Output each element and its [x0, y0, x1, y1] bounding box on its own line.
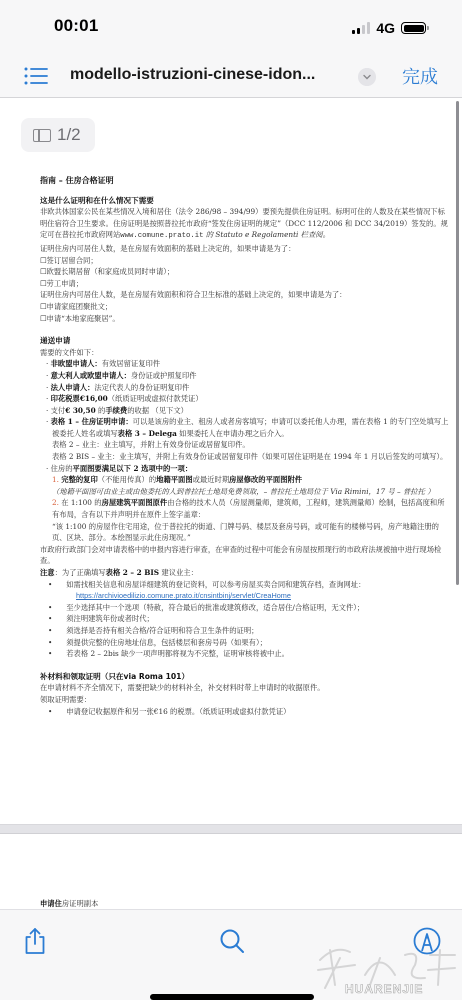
list-item: · 法人申请人：法定代表人的身份证明复印件	[40, 382, 450, 394]
paragraph: 需要的文件如下：	[40, 347, 450, 359]
note-item: • 如需找相关信息和房屋详细建筑的登记资料，可以参考房屋买卖合同和建筑存档，查询…	[40, 579, 450, 591]
checkbox-item: ☐劳工申请；	[40, 278, 450, 290]
done-button[interactable]: 完成	[402, 63, 438, 89]
list-item: · 支付€ 30,50 的手续费的收据 （见下文）	[40, 405, 450, 417]
paragraph: 在申请材料不齐全情况下，需要把缺少的材料补全，补交材料时带上申请时的收据原件。	[40, 682, 450, 694]
section-heading: 递送申请	[40, 335, 450, 347]
thumbnail-sidebar-icon	[33, 129, 51, 142]
note-item: • 须注明建筑年份或者时代；	[40, 613, 450, 625]
note: 注意：为了正确填写表格 2 – 2 BIS 建议业主：	[40, 567, 450, 579]
note-item: • 若表格 2 – 2bis 缺少一项声明都将视为不完整，证明审核将被中止。	[40, 648, 450, 660]
checkbox-item: ☐欧盟长期居留（和家庭成员同时申请）；	[40, 266, 450, 278]
paragraph: 表格 2 – 业主：业主填写，并附上有效身份证或居留复印件。	[40, 439, 450, 451]
checkbox-item: ☐签订居留合同；	[40, 255, 450, 267]
list-item: · 意大利人或欧盟申请人：身份证或护照复印件	[40, 370, 450, 382]
paragraph: 证明住房内可居住人数，是在房屋有效面积和符合卫生标准的基础上决定的，如果申请是为…	[40, 289, 450, 301]
page-separator	[0, 824, 462, 834]
scrollbar[interactable]	[456, 101, 459, 585]
nav-bar: modello-istruzioni-cinese-idon... 完成	[0, 56, 462, 98]
list-item: · 非欧盟申请人：有效居留证复印件	[40, 358, 450, 370]
option-1: 1. 完整的复印（不能用传真）的地籍平面图或最近时期房屋修改的平面图附件	[40, 474, 450, 486]
pdf-page-2-heading: 申请住房证明副本	[40, 899, 98, 909]
watermark-text: HUARENJIE	[345, 982, 423, 996]
checkbox-item: ☐申请家庭团聚批文；	[40, 301, 450, 313]
document-title: modello-istruzioni-cinese-idon...	[70, 66, 315, 84]
list-icon[interactable]	[24, 66, 48, 86]
archive-link[interactable]: https://archivioedilizio.comune.prato.it…	[40, 590, 450, 602]
note-item: • 须选择是否持有相关合格/符合证明和符合卫生条件的证明；	[40, 625, 450, 637]
paragraph: 市政府行政部门会对申请表格中的申报内容进行审查，在审查的过程中可能会有房屋按照现…	[40, 544, 450, 567]
status-time: 00:01	[54, 16, 98, 36]
search-icon[interactable]	[217, 926, 247, 956]
doc-title: 指南 – 住房合格证明	[40, 175, 450, 187]
list-item: • 申请登记收据原件和另一张€16 的税票。（纸质证明或虚拟付款凭证）	[40, 706, 450, 718]
section-heading: 这是什么证明和在什么情况下需要	[40, 195, 450, 207]
share-icon[interactable]	[20, 926, 50, 956]
paragraph: 证明住房内可居住人数，是在房屋有效面积的基础上决定的，如果申请是为了：	[40, 243, 450, 255]
document-viewer[interactable]: 1/2 指南 – 住房合格证明 这是什么证明和在什么情况下需要 非欧共体国家公民…	[0, 99, 462, 909]
network-label: 4G	[376, 20, 395, 36]
battery-icon	[401, 22, 426, 34]
option-2-quote: “该 1:100 的房屋作住宅用途，位于普拉托的街道、门牌号码、楼层及套房号码，…	[40, 521, 450, 544]
option-2: 2. 在 1:100 的房屋建筑平面图原件由合格的技术人员（房屋测量师，建筑师，…	[40, 497, 450, 520]
section-heading: 补材料和领取证明（只在via Roma 101）	[40, 671, 450, 683]
status-indicators: 4G	[352, 20, 426, 36]
paragraph: 非欧共体国家公民在某些情况入境和居住（法令 286/98 – 394/99）要预…	[40, 206, 450, 243]
note-item: • 须提供完整的住房地址信息，包括楼层和套房号码（如果有）；	[40, 637, 450, 649]
list-item: · 表格 1 – 住房证明申请：可以是该房的业主、租房人或者房客填写；申请可以委…	[40, 416, 450, 439]
page-indicator[interactable]: 1/2	[21, 118, 95, 152]
home-indicator[interactable]	[150, 994, 314, 1000]
signal-icon	[352, 22, 370, 34]
chevron-down-icon[interactable]	[358, 68, 376, 86]
list-item: · 印花税票€16,00（纸质证明或虚拟付款凭证）	[40, 393, 450, 405]
list-item: · 住房的平面图要满足以下 2 选项中的一项：	[40, 463, 450, 475]
paragraph: 表格 2 BIS – 业主：业主填写，并附上有效身份证或居留复印件（如果可居住证…	[40, 451, 450, 463]
note-item: • 至少选择其中一个选项（特赦，符合最后的批准或建筑修改，适合居住/合格证明，无…	[40, 602, 450, 614]
page-number: 1/2	[57, 125, 81, 145]
checkbox-item: ☐申请“本地家庭聚居”。	[40, 313, 450, 325]
markup-icon[interactable]	[412, 926, 442, 956]
paragraph: 领取证明需要：	[40, 694, 450, 706]
option-1-note: （地籍平面图可由业主或由他委托的人到普拉托土地局免费领取，– 普拉托土地局位于 …	[40, 486, 450, 498]
pdf-page-1: 指南 – 住房合格证明 这是什么证明和在什么情况下需要 非欧共体国家公民在某些情…	[40, 175, 450, 717]
bottom-toolbar: HUARENJIE	[0, 909, 462, 1000]
status-bar: 00:01 4G	[0, 0, 462, 56]
